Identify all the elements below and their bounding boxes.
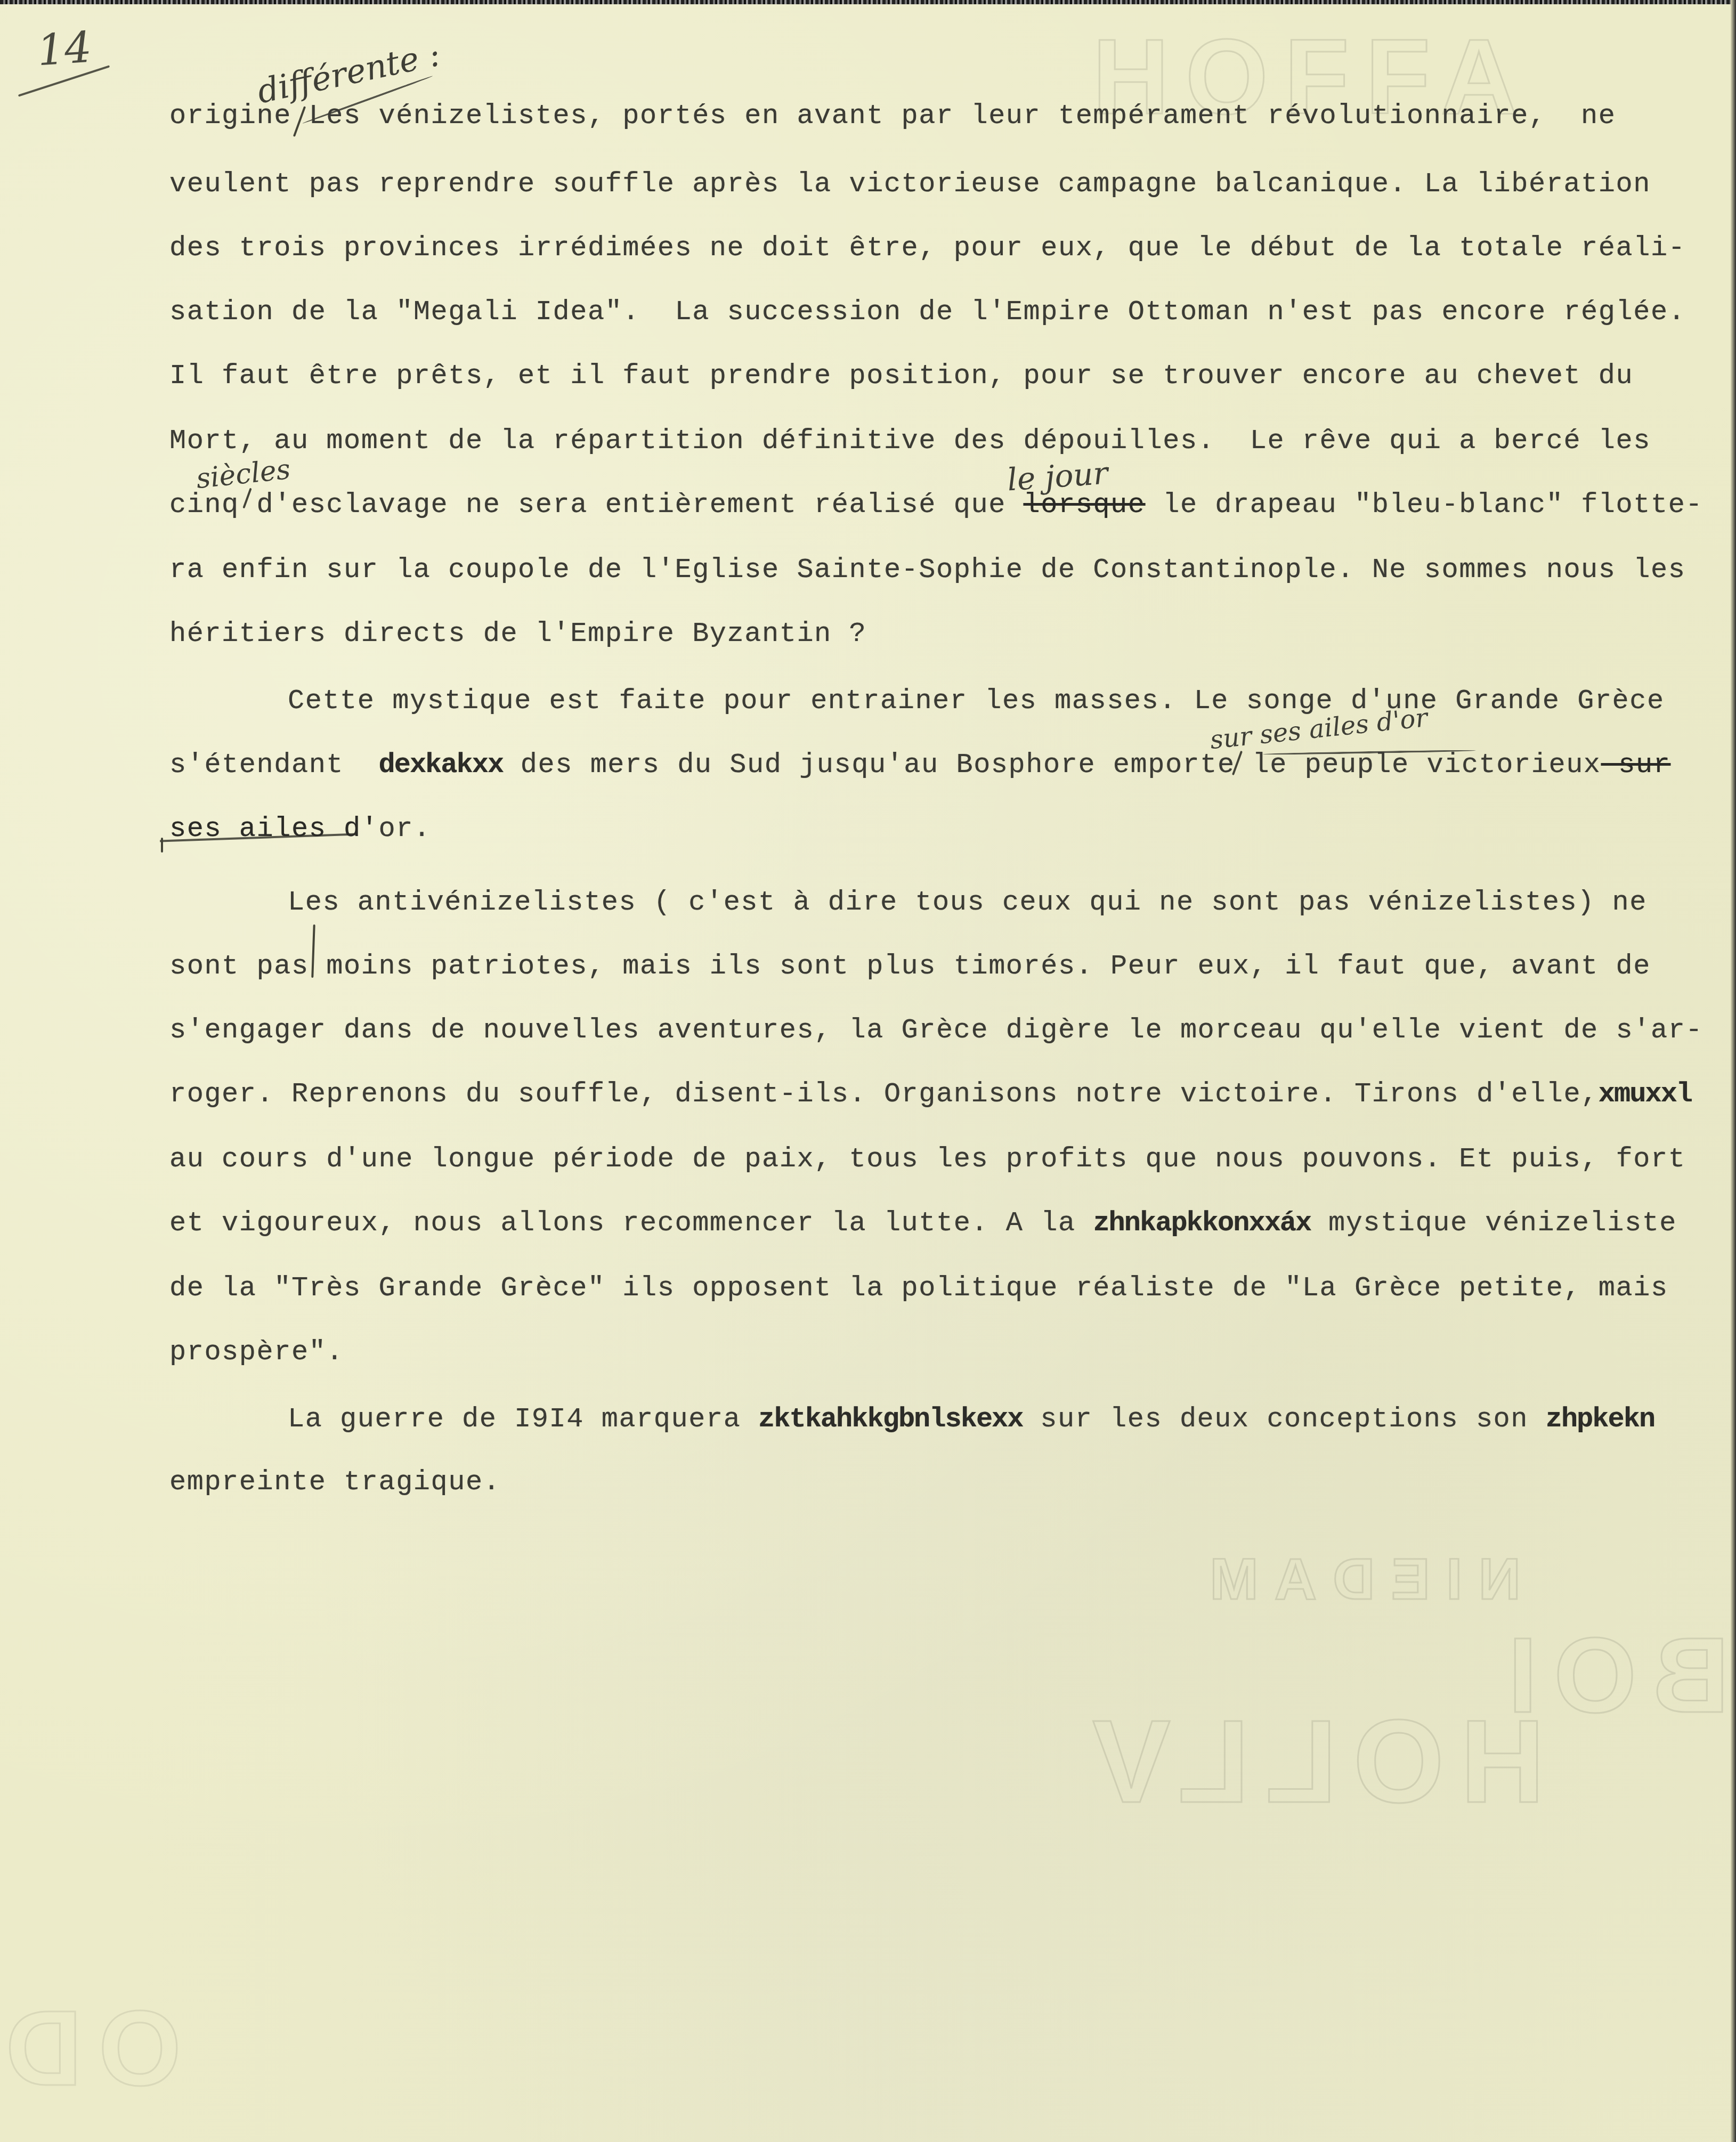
text-fragment: le drapeau "bleu-blanc" flotte-	[1146, 489, 1703, 521]
typed-over-text: dexkakxx	[378, 749, 503, 781]
struck-word-sur: sur	[1601, 749, 1671, 781]
text-fragment: origine	[169, 100, 291, 132]
text-line-3: des trois provinces irrédimées ne doit ê…	[169, 232, 1685, 264]
watermark-line-1: NIEDAM	[1194, 1545, 1521, 1613]
text-line-2: veulent pas reprendre souffle après la v…	[169, 168, 1651, 200]
text-line-21: La guerre de I9I4 marquera zktkahkkgbnls…	[288, 1403, 1654, 1435]
scan-top-edge	[0, 0, 1736, 4]
text-fragment: mystique vénizeliste	[1311, 1207, 1677, 1239]
typed-over-text: zhnkapkkonxxáx	[1093, 1207, 1311, 1239]
watermark-line-4: OD	[0, 1987, 181, 2110]
typed-over-text: zhpkekn	[1546, 1403, 1654, 1435]
text-line-15: s'engager dans de nouvelles aventures, l…	[169, 1015, 1703, 1046]
typed-over-text: xmuxxl	[1599, 1078, 1692, 1110]
text-fragment: et vigoureux, nous allons recommencer la…	[169, 1207, 1093, 1239]
text-fragment: le peuple victorieux	[1252, 749, 1601, 781]
text-line-10: Cette mystique est faite pour entrainer …	[288, 685, 1665, 717]
text-line-16: roger. Reprenons du souffle, disent-ils.…	[169, 1078, 1692, 1110]
text-line-20: prospère".	[169, 1336, 344, 1368]
text-line-8: ra enfin sur la coupole de l'Eglise Sain…	[169, 554, 1685, 586]
struck-word-lorsque: lorsque	[1024, 489, 1146, 521]
text-line-9: héritiers directs de l'Empire Byzantin ?	[169, 618, 866, 650]
text-line-22: empreinte tragique.	[169, 1466, 500, 1498]
text-line-11: s'étendant dexkakxx des mers du Sud jusq…	[169, 749, 1670, 781]
text-fragment: cinq	[169, 489, 257, 521]
text-fragment: sur les deux conceptions son	[1023, 1403, 1546, 1435]
struck-ses-ailes: ses ailes d'	[169, 813, 378, 845]
text-line-17: au cours d'une longue période de paix, t…	[169, 1143, 1685, 1175]
text-line-1: origine Les vénizelistes, portés en avan…	[169, 100, 1616, 132]
typed-over-text: zktkahkkgbnlskexx	[758, 1403, 1023, 1435]
text-fragment: d'esclavage ne sera entièrement réalisé …	[257, 489, 1024, 521]
text-line-19: de la "Très Grande Grèce" ils opposent l…	[169, 1272, 1668, 1304]
text-fragment: des mers du Sud jusqu'au Bosphore emport…	[503, 749, 1252, 781]
text-line-18: et vigoureux, nous allons recommencer la…	[169, 1207, 1677, 1239]
watermark-line-3: HOLLV	[1076, 1694, 1545, 1829]
page-number: 14	[36, 22, 93, 76]
text-fragment: roger. Reprenons du souffle, disent-ils.…	[169, 1078, 1599, 1110]
text-line-4: sation de la "Megali Idea". La successio…	[169, 296, 1685, 328]
strike-tick	[161, 838, 163, 853]
text-line-7: cinq d'esclavage ne sera entièrement réa…	[169, 489, 1703, 521]
text-fragment: Les vénizelistes, portés en avant par le…	[291, 100, 1616, 132]
text-line-5: Il faut être prêts, et il faut prendre p…	[169, 360, 1633, 392]
text-fragment: or.	[378, 813, 431, 845]
text-line-6: Mort, au moment de la répartition défini…	[169, 425, 1651, 457]
text-line-12: ses ailes d'or.	[169, 813, 431, 845]
text-fragment: s'étendant	[169, 749, 378, 781]
scan-right-edge	[1731, 0, 1736, 2142]
annotation-differente: différente :	[254, 35, 443, 111]
text-line-14: sont pas moins patriotes, mais ils sont …	[169, 951, 1651, 982]
text-line-13: Les antivénizelistes ( c'est à dire tous…	[288, 887, 1647, 918]
text-fragment: La guerre de I9I4 marquera	[288, 1403, 758, 1435]
